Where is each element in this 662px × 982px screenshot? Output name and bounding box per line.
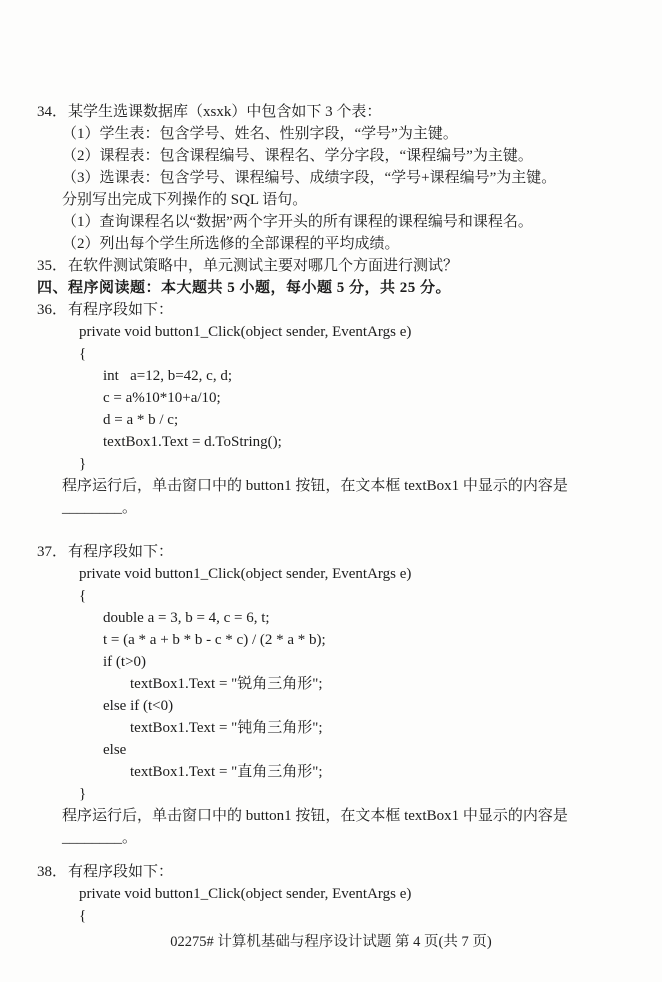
code-line: d = a * b / c; xyxy=(0,409,662,431)
fill-in-blank: ________。 xyxy=(0,827,662,849)
code-line: t = (a * a + b * b - c * c) / (2 * a * b… xyxy=(0,629,662,651)
question-text: 某学生选课数据库（xsxk）中包含如下 3 个表： xyxy=(68,104,381,120)
code-line: int a=12, b=42, c, d; xyxy=(0,365,662,387)
code-line: { xyxy=(0,905,662,927)
page-footer: 02275# 计算机基础与程序设计试题 第 4 页(共 7 页) xyxy=(0,931,662,953)
code-line: else xyxy=(0,739,662,761)
code-line: textBox1.Text = "钝角三角形"; xyxy=(0,717,662,739)
exam-content: 34．某学生选课数据库（xsxk）中包含如下 3 个表： （1）学生表：包含学号… xyxy=(0,0,662,927)
question-34-item: （1）学生表：包含学号、姓名、性别字段，“学号”为主键。 xyxy=(0,123,662,145)
code-line: } xyxy=(0,783,662,805)
question-36-prompt: 程序运行后，单击窗口中的 button1 按钮，在文本框 textBox1 中显… xyxy=(0,475,662,497)
question-37-prompt: 程序运行后，单击窗口中的 button1 按钮，在文本框 textBox1 中显… xyxy=(0,805,662,827)
code-line: } xyxy=(0,453,662,475)
question-number: 36． xyxy=(37,299,68,321)
code-line: private void button1_Click(object sender… xyxy=(0,321,662,343)
code-line: double a = 3, b = 4, c = 6, t; xyxy=(0,607,662,629)
code-line: textBox1.Text = "锐角三角形"; xyxy=(0,673,662,695)
question-number: 35． xyxy=(37,255,68,277)
fill-in-blank: ________。 xyxy=(0,497,662,519)
code-line: private void button1_Click(object sender… xyxy=(0,563,662,585)
question-38-intro: 38．有程序段如下： xyxy=(0,861,662,883)
code-line: { xyxy=(0,343,662,365)
question-34-item: （2）列出每个学生所选修的全部课程的平均成绩。 xyxy=(0,233,662,255)
question-number: 38． xyxy=(37,861,68,883)
exam-page: 34．某学生选课数据库（xsxk）中包含如下 3 个表： （1）学生表：包含学号… xyxy=(0,0,662,982)
question-34-item: （1）查询课程名以“数据”两个字开头的所有课程的课程编号和课程名。 xyxy=(0,211,662,233)
question-34-item: 分别写出完成下列操作的 SQL 语句。 xyxy=(0,189,662,211)
code-line: c = a%10*10+a/10; xyxy=(0,387,662,409)
question-34-item: （3）选课表：包含学号、课程编号、成绩字段，“学号+课程编号”为主键。 xyxy=(0,167,662,189)
code-line: else if (t<0) xyxy=(0,695,662,717)
question-34-item: （2）课程表：包含课程编号、课程名、学分字段，“课程编号”为主键。 xyxy=(0,145,662,167)
question-text: 在软件测试策略中，单元测试主要对哪几个方面进行测试？ xyxy=(68,258,458,274)
question-text: 有程序段如下： xyxy=(68,544,173,560)
code-line: private void button1_Click(object sender… xyxy=(0,883,662,905)
question-34-intro: 34．某学生选课数据库（xsxk）中包含如下 3 个表： xyxy=(0,101,662,123)
question-37-intro: 37．有程序段如下： xyxy=(0,541,662,563)
question-number: 37． xyxy=(37,541,68,563)
question-text: 有程序段如下： xyxy=(68,864,173,880)
code-line: if (t>0) xyxy=(0,651,662,673)
code-line: { xyxy=(0,585,662,607)
code-line: textBox1.Text = "直角三角形"; xyxy=(0,761,662,783)
question-35: 35．在软件测试策略中，单元测试主要对哪几个方面进行测试？ xyxy=(0,255,662,277)
section-heading: 四、程序阅读题：本大题共 5 小题，每小题 5 分，共 25 分。 xyxy=(0,277,662,299)
question-text: 有程序段如下： xyxy=(68,302,173,318)
question-36-intro: 36．有程序段如下： xyxy=(0,299,662,321)
code-line: textBox1.Text = d.ToString(); xyxy=(0,431,662,453)
question-number: 34． xyxy=(37,101,68,123)
